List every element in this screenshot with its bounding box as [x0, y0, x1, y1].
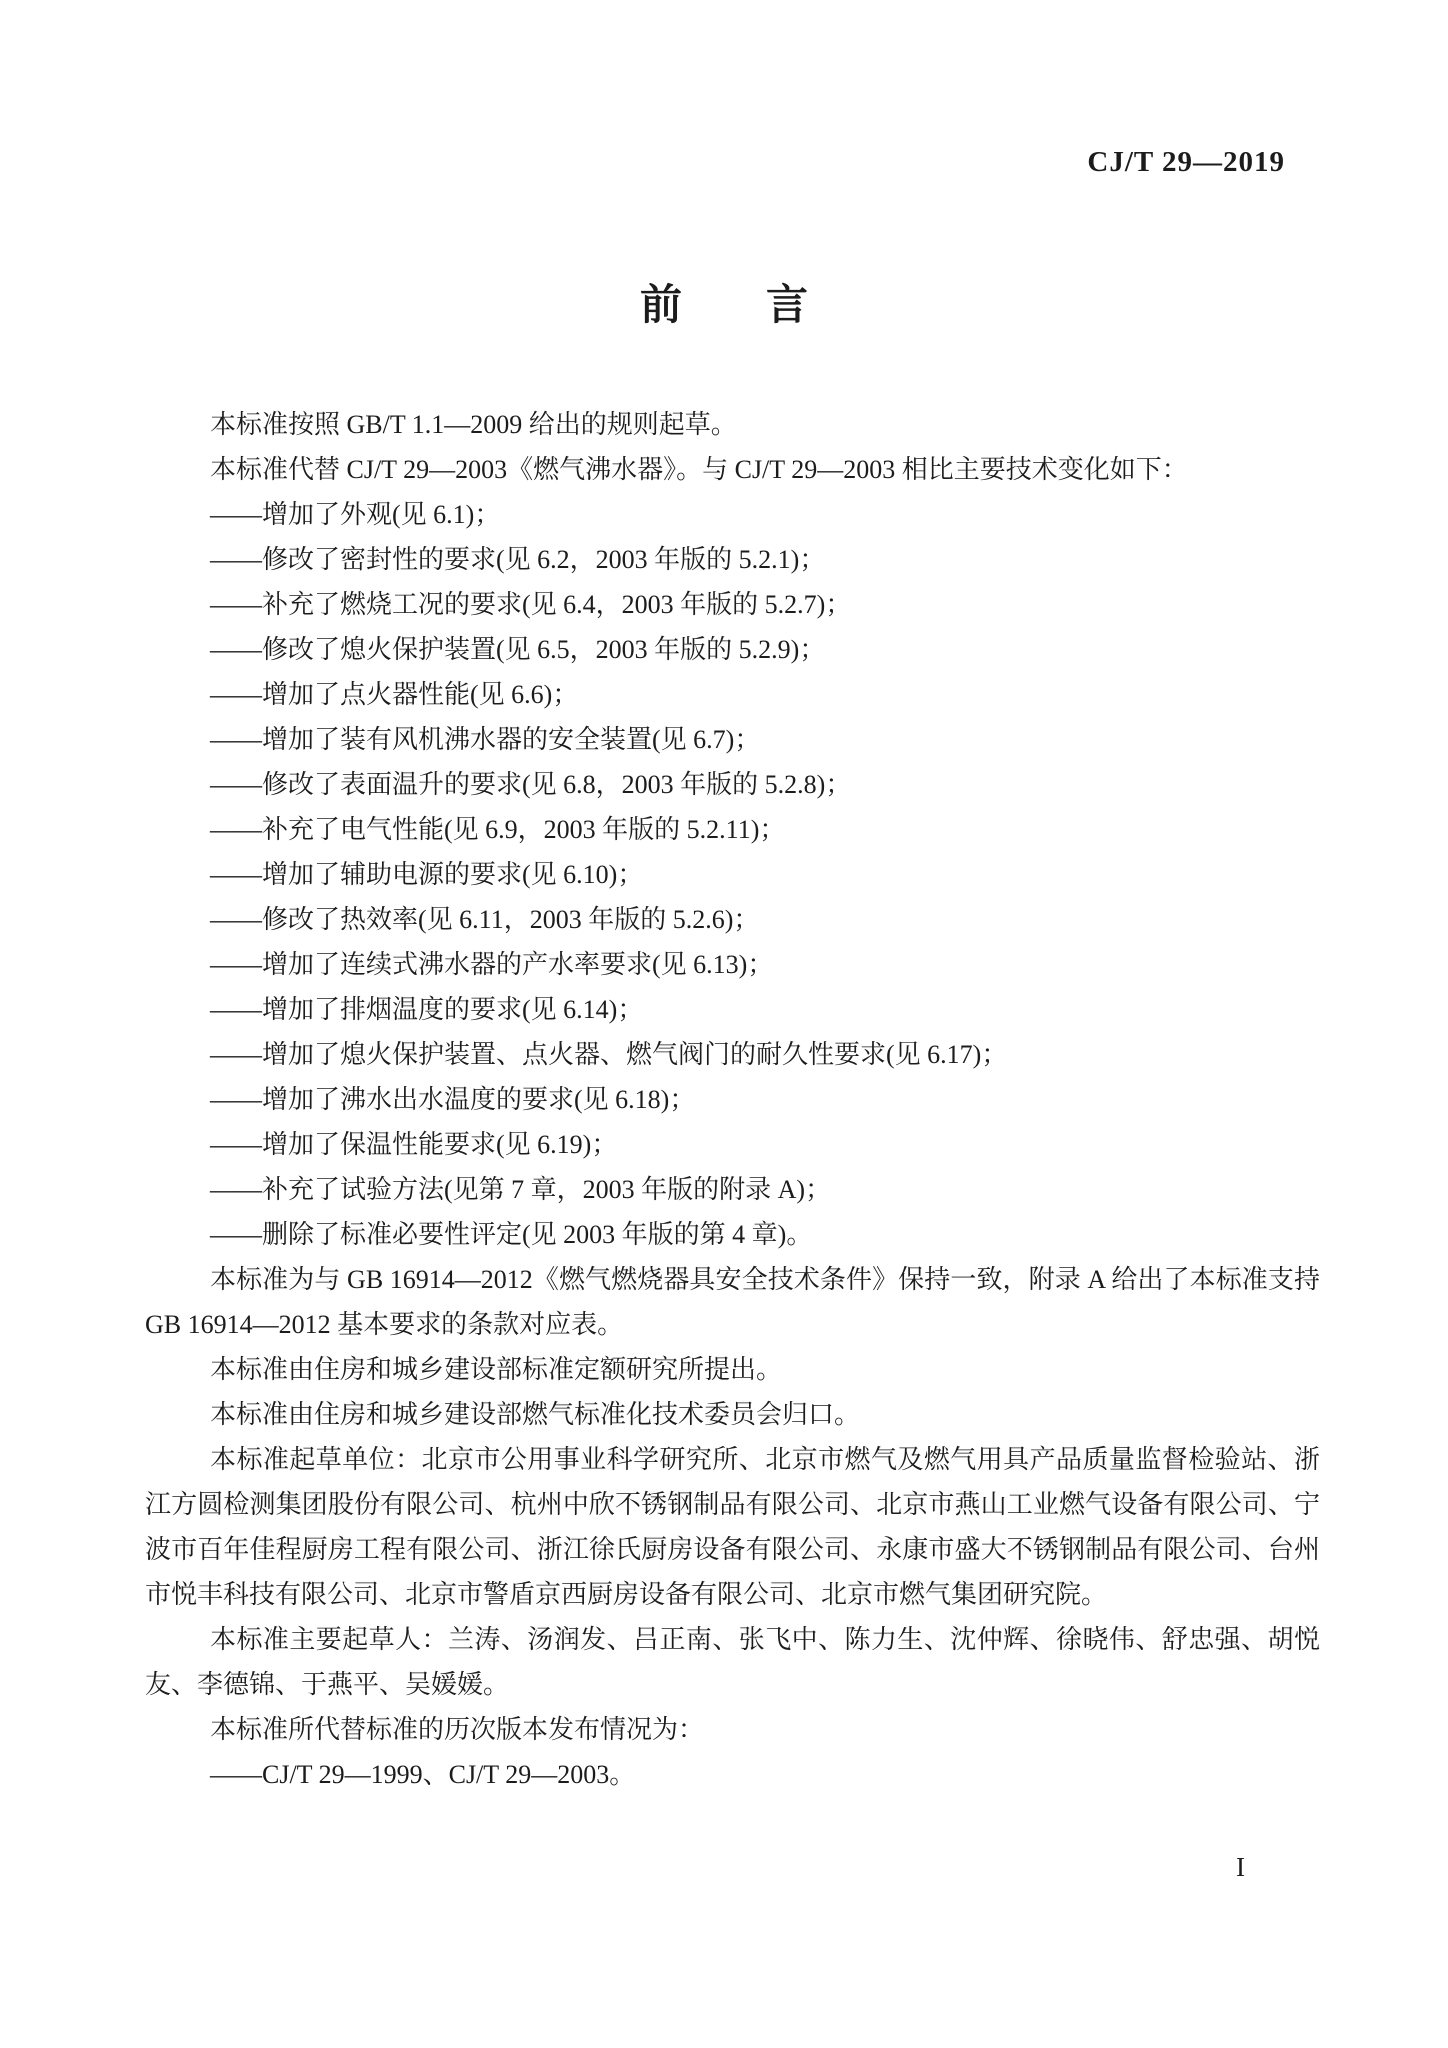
paragraph: 本标准起草单位：北京市公用事业科学研究所、北京市燃气及燃气用具产品质量监督检验站…: [145, 1437, 1320, 1617]
change-list-item: ——删除了标准必要性评定(见 2003 年版的第 4 章)。: [145, 1212, 1320, 1257]
change-list-item: ——增加了沸水出水温度的要求(见 6.18)；: [145, 1077, 1320, 1122]
change-list-item: ——修改了熄火保护装置(见 6.5，2003 年版的 5.2.9)；: [145, 627, 1320, 672]
page-title: 前 言: [0, 272, 1448, 332]
change-list-item: ——补充了电气性能(见 6.9，2003 年版的 5.2.11)；: [145, 807, 1320, 852]
change-list-item: ——增加了辅助电源的要求(见 6.10)；: [145, 852, 1320, 897]
paragraph: 本标准按照 GB/T 1.1—2009 给出的规则起草。: [145, 402, 1320, 447]
change-list-item: ——增加了保温性能要求(见 6.19)；: [145, 1122, 1320, 1167]
change-list-item: ——补充了试验方法(见第 7 章，2003 年版的附录 A)；: [145, 1167, 1320, 1212]
paragraph: 本标准主要起草人：兰涛、汤润发、吕正南、张飞中、陈力生、沈仲辉、徐晓伟、舒忠强、…: [145, 1617, 1320, 1707]
foreword-body: 本标准按照 GB/T 1.1—2009 给出的规则起草。本标准代替 CJ/T 2…: [145, 402, 1320, 1797]
paragraph: 本标准所代替标准的历次版本发布情况为：: [145, 1707, 1320, 1752]
change-list-item: ——增加了排烟温度的要求(见 6.14)；: [145, 987, 1320, 1032]
change-list-item: ——CJ/T 29—1999、CJ/T 29—2003。: [145, 1752, 1320, 1797]
change-list-item: ——增加了熄火保护装置、点火器、燃气阀门的耐久性要求(见 6.17)；: [145, 1032, 1320, 1077]
change-list-item: ——补充了燃烧工况的要求(见 6.4，2003 年版的 5.2.7)；: [145, 582, 1320, 627]
change-list-item: ——修改了表面温升的要求(见 6.8，2003 年版的 5.2.8)；: [145, 762, 1320, 807]
change-list-item: ——增加了点火器性能(见 6.6)；: [145, 672, 1320, 717]
paragraph: 本标准由住房和城乡建设部标准定额研究所提出。: [145, 1347, 1320, 1392]
change-list-item: ——增加了连续式沸水器的产水率要求(见 6.13)；: [145, 942, 1320, 987]
change-list-item: ——增加了装有风机沸水器的安全装置(见 6.7)；: [145, 717, 1320, 762]
page-number: I: [1236, 1852, 1245, 1883]
paragraph: 本标准由住房和城乡建设部燃气标准化技术委员会归口。: [145, 1392, 1320, 1437]
document-page: CJ/T 29—2019 前 言 本标准按照 GB/T 1.1—2009 给出的…: [0, 0, 1448, 2048]
paragraph: 本标准为与 GB 16914—2012《燃气燃烧器具安全技术条件》保持一致，附录…: [145, 1257, 1320, 1347]
paragraph: 本标准代替 CJ/T 29—2003《燃气沸水器》。与 CJ/T 29—2003…: [145, 447, 1320, 492]
change-list-item: ——增加了外观(见 6.1)；: [145, 492, 1320, 537]
change-list-item: ——修改了热效率(见 6.11，2003 年版的 5.2.6)；: [145, 897, 1320, 942]
standard-number: CJ/T 29—2019: [1087, 146, 1285, 179]
change-list-item: ——修改了密封性的要求(见 6.2，2003 年版的 5.2.1)；: [145, 537, 1320, 582]
